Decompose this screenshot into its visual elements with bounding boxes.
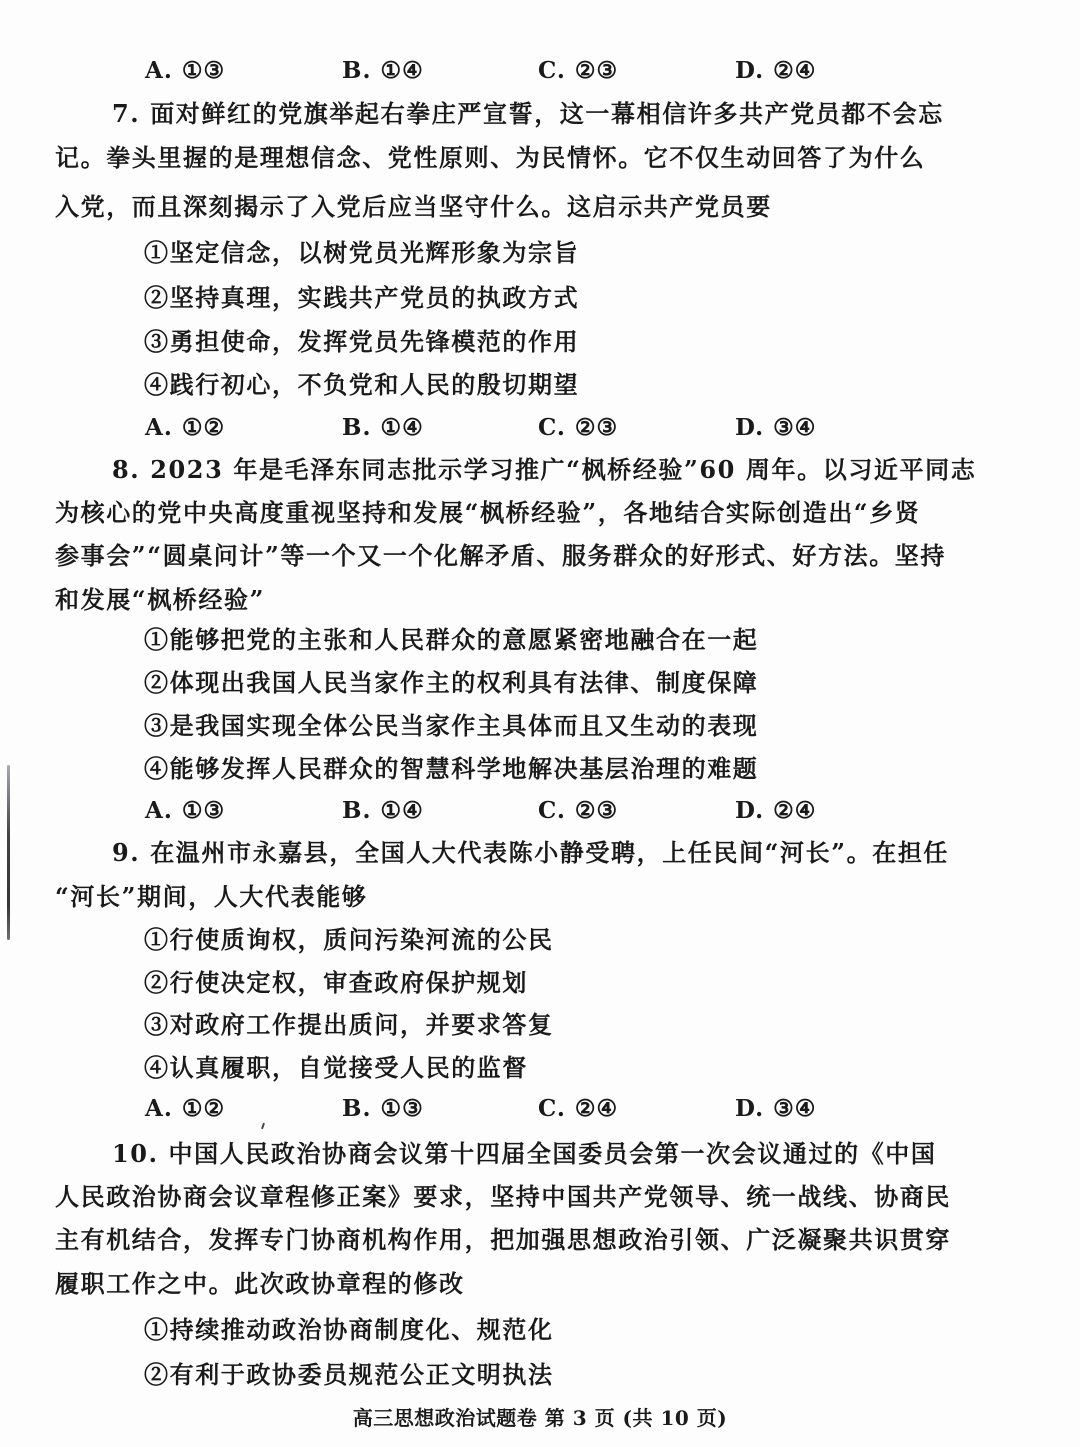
question-stem-line: “河长”期间，人大代表能够 <box>55 882 367 912</box>
question-stem-line: 为核心的党中央高度重视坚持和发展“枫桥经验”，各地结合实际创造出“乡贤 <box>55 498 920 528</box>
answer-choice-b[interactable]: B. ①④ <box>342 413 424 443</box>
exam-page: A. ①③ B. ①④ C. ②③ D. ②④ 7. 面对鲜红的党旗举起右拳庄严… <box>0 0 1080 1447</box>
statement-option-2: ②有利于政协委员规范公正文明执法 <box>144 1360 554 1390</box>
statement-option-2: ②坚持真理，实践共产党员的执政方式 <box>144 283 579 313</box>
statement-option-2: ②行使决定权，审查政府保护规划 <box>144 968 528 998</box>
answer-choice-b[interactable]: B. ①④ <box>342 56 424 86</box>
statement-option-1: ①行使质询权，质问污染河流的公民 <box>144 925 554 955</box>
statement-option-2: ②体现出我国人民当家作主的权利具有法律、制度保障 <box>144 668 758 698</box>
question-stem-line: 入党，而且深刻揭示了入党后应当坚守什么。这启示共产党员要 <box>55 192 772 222</box>
answer-choice-a[interactable]: A. ①③ <box>145 796 225 826</box>
statement-option-4: ④认真履职，自觉接受人民的监督 <box>144 1053 528 1083</box>
binding-edge-mark <box>7 765 10 940</box>
statement-option-4: ④践行初心，不负党和人民的殷切期望 <box>144 370 579 400</box>
answer-choice-c[interactable]: C. ②④ <box>538 1094 618 1124</box>
question-stem-line: 主有机结合，发挥专门协商机构作用，把加强思想政治引领、广泛凝聚共识贯穿 <box>55 1225 951 1255</box>
statement-option-3: ③对政府工作提出质问，并要求答复 <box>144 1010 554 1040</box>
statement-option-3: ③是我国实现全体公民当家作主具体而且又生动的表现 <box>144 711 758 741</box>
answer-choice-d[interactable]: D. ②④ <box>735 56 816 86</box>
statement-option-1: ①持续推动政治协商制度化、规范化 <box>144 1315 554 1345</box>
answer-choice-a[interactable]: A. ①③ <box>145 56 225 86</box>
question-stem-line: 10. 中国人民政治协商会议第十四届全国委员会第一次会议通过的《中国 <box>112 1139 937 1169</box>
statement-option-1: ①坚定信念，以树党员光辉形象为宗旨 <box>144 238 579 268</box>
q6-answer-choices: A. ①③ B. ①④ C. ②③ D. ②④ <box>0 56 1080 86</box>
statement-option-3: ③勇担使命，发挥党员先锋模范的作用 <box>144 327 579 357</box>
question-stem-line: 9. 在温州市永嘉县，全国人大代表陈小静受聘，上任民间“河长”。在担任 <box>112 838 949 868</box>
answer-choice-d[interactable]: D. ③④ <box>735 1094 816 1124</box>
question-stem-line: 参事会”“圆桌问计”等一个又一个化解矛盾、服务群众的好形式、好方法。坚持 <box>55 541 946 571</box>
question-stem-line: 和发展“枫桥经验” <box>55 585 265 615</box>
answer-choice-c[interactable]: C. ②③ <box>538 413 618 443</box>
answer-choice-d[interactable]: D. ③④ <box>735 413 816 443</box>
q9-answer-choices: A. ①② B. ①③ C. ②④ D. ③④ <box>0 1094 1080 1124</box>
statement-option-1: ①能够把党的主张和人民群众的意愿紧密地融合在一起 <box>144 625 758 655</box>
question-stem-line: 8. 2023 年是毛泽东同志批示学习推广“枫桥经验”60 周年。以习近平同志 <box>112 455 976 485</box>
question-stem-line: 人民政治协商会议章程修正案》要求，坚持中国共产党领导、统一战线、协商民 <box>55 1182 951 1212</box>
answer-choice-b[interactable]: B. ①④ <box>342 796 424 826</box>
answer-choice-c[interactable]: C. ②③ <box>538 56 618 86</box>
statement-option-4: ④能够发挥人民群众的智慧科学地解决基层治理的难题 <box>144 754 758 784</box>
answer-choice-b[interactable]: B. ①③ <box>342 1094 424 1124</box>
q8-answer-choices: A. ①③ B. ①④ C. ②③ D. ②④ <box>0 796 1080 826</box>
page-footer: 高三思想政治试题卷 第 3 页 (共 10 页) <box>0 1405 1080 1431</box>
question-stem-line: 履职工作之中。此次政协章程的修改 <box>55 1269 465 1299</box>
answer-choice-a[interactable]: A. ①② <box>145 1094 225 1124</box>
question-stem-line: 7. 面对鲜红的党旗举起右拳庄严宣誓，这一幕相信许多共产党员都不会忘 <box>112 99 944 129</box>
q7-answer-choices: A. ①② B. ①④ C. ②③ D. ③④ <box>0 413 1080 443</box>
question-stem-line: 记。拳头里握的是理想信念、党性原则、为民情怀。它不仅生动回答了为什么 <box>55 143 925 173</box>
answer-choice-a[interactable]: A. ①② <box>145 413 225 443</box>
answer-choice-c[interactable]: C. ②③ <box>538 796 618 826</box>
answer-choice-d[interactable]: D. ②④ <box>735 796 816 826</box>
